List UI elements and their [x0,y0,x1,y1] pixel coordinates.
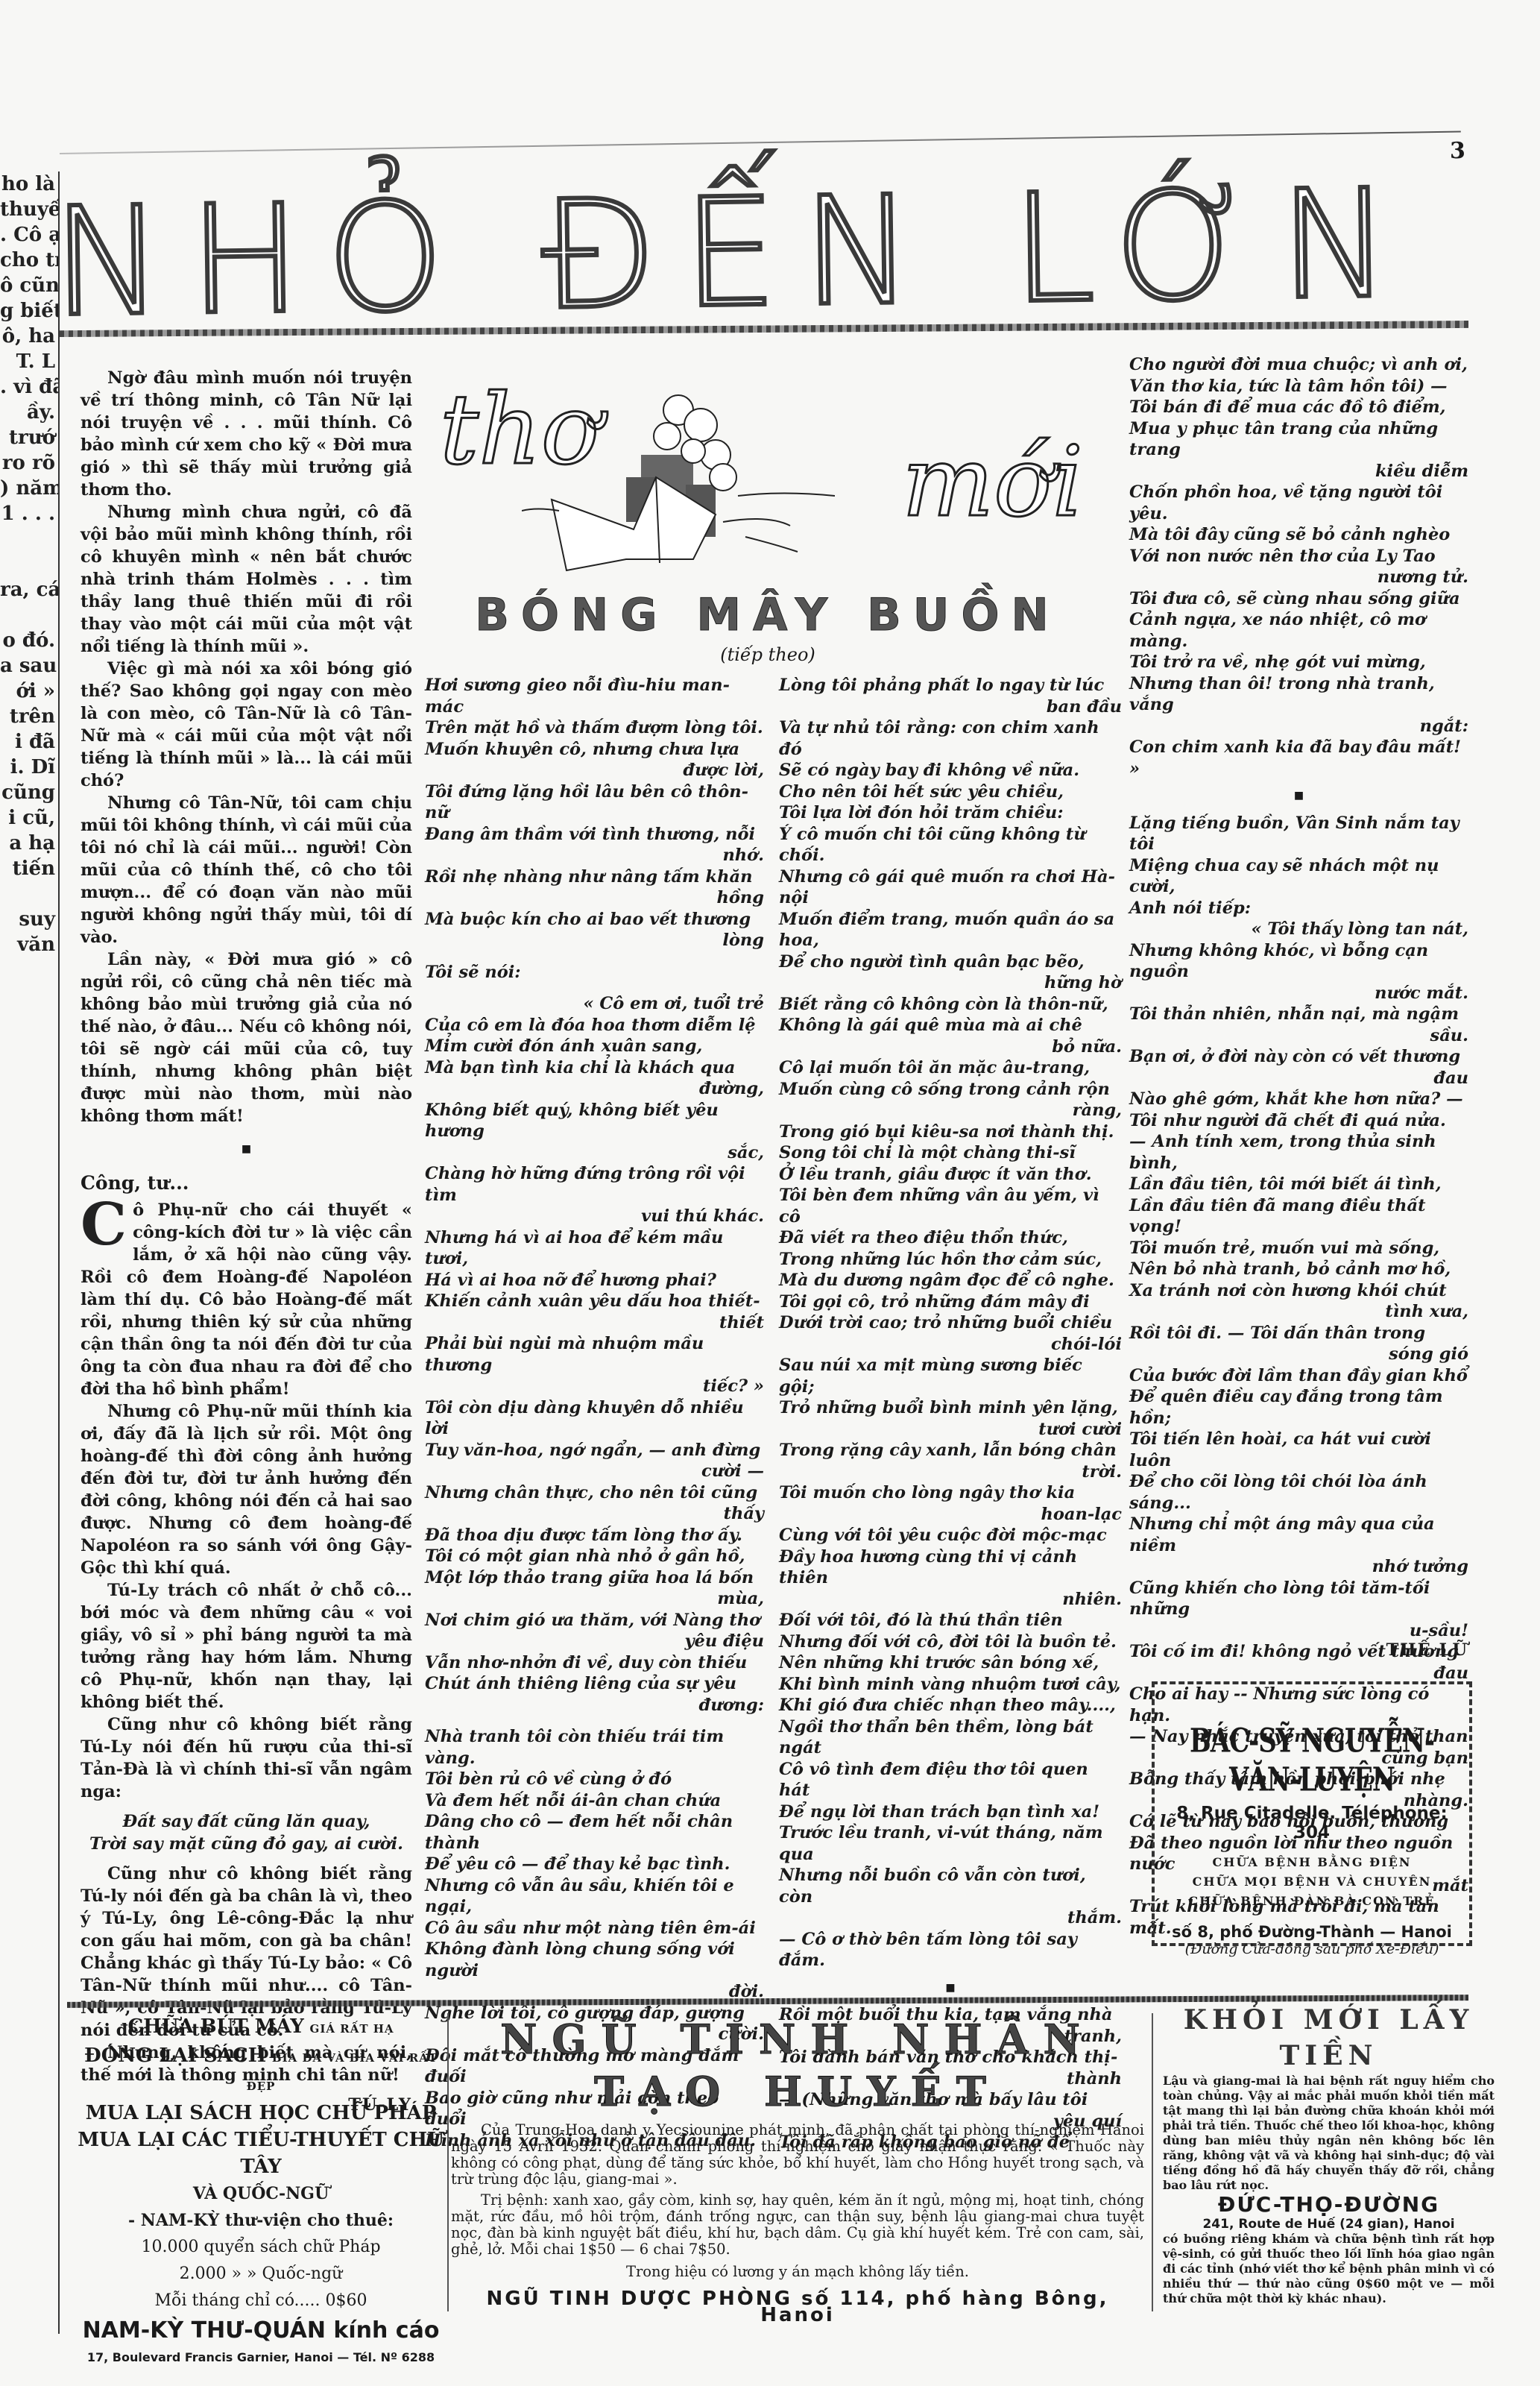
poem-line: Muốn điểm trang, muốn quần áo sa hoa, [779,909,1122,951]
poem-line: Sẽ có ngày bay đi không về nữa. [779,760,1122,781]
poem-line: Mà buộc kín cho ai bao vết thương [425,909,764,931]
poem-line: « Tôi thấy lòng tan nát, [1129,919,1468,940]
poem-line: thắm. [779,1907,1122,1929]
poem-line: Tôi tiến lên hoài, ca hát vui cười luôn [1129,1429,1468,1471]
ad-line: 10.000 quyển sách chữ Pháp [75,2234,447,2261]
poem-line: yêu điệu [425,1631,764,1652]
ad-body: Của Trung-Hoa danh y Yecsiounine phát mi… [451,2122,1144,2188]
fragment-text: ầy. [0,400,58,425]
top-rule [60,130,1461,154]
poem-line: Nên những khi trước sân bóng xế, [779,1652,1122,1674]
poem-line: Dưới trời cao; trỏ những buổi chiều [779,1312,1122,1334]
poem-line: Trên mặt hồ và thấm đượm lòng tôi. [425,717,764,739]
fragment-text: cũng [0,780,58,805]
fragment-text: thuyế [0,197,58,222]
poem-line: sắc, [425,1142,764,1164]
poem-line: « Cô em ơi, tuổi trẻ [425,993,764,1015]
poem-line [425,1716,764,1726]
ad-note: Trong hiệu có lương y án mạch không lấy … [451,2264,1144,2280]
script-title-right: mới [902,425,1083,538]
doctor-street: số 8, phố Đường-Thành — Hanoi [1162,1923,1462,1941]
poem-line: Tuy văn-hoa, ngớ ngẩn, — anh đừng [425,1440,764,1461]
doctor-name: BÁC-SỸ NGUYỄN-VĂN-LUYỆN [1162,1722,1462,1799]
ad-shop-name: ĐỨC-THỌ-ĐƯỜNG [1163,2197,1495,2212]
poem-line: đường, [425,1078,764,1100]
poem-column-1: Hơi sương gieo nỗi đìu-hiu man-mácTrên m… [425,675,764,2151]
ad-body: Lậu và giang-mai là hai bệnh rất nguy hi… [1163,2074,1495,2193]
poem-line: đương: [425,1695,764,1716]
ad-divider [1152,2013,1153,2311]
poem-line: Của bước đời lầm than đầy gian khổ [1129,1365,1468,1387]
fragment-text: ô, ha [0,324,58,349]
poem-line: Mà tôi đây cũng sẽ bỏ cảnh nghèo [1129,524,1468,546]
poem-line: Tôi muốn cho lòng ngây thơ kia [779,1482,1122,1504]
poem-line: Cô âu sầu như một nàng tiên êm-ái [425,1918,764,1939]
poem-line: Tôi thản nhiên, nhẫn nại, mà ngậm [1129,1004,1468,1025]
paragraph: Nhưng cô Tân-Nữ, tôi cam chịu mũi tôi kh… [81,792,412,948]
ad-shop-name: NGŨ TINH DƯỢC PHÒNG số 114, phố hàng Bôn… [451,2291,1144,2323]
poem-line: Mà bạn tình kia chỉ là khách qua [425,1057,764,1079]
poem-line: Đang âm thầm với tình thương, nỗi [425,824,764,846]
poem-line: Con chim xanh kia đã bay đâu mất! » [1129,737,1468,779]
poem-line: thiết [425,1312,764,1334]
poem-line: Phải bùi ngùi mà nhuộm mầu thương [425,1333,764,1376]
fragment-text: trướ [0,425,58,450]
poem-line: Chút ánh thiêng liêng của sự yêu [425,1673,764,1695]
poem-line: Dâng cho cô — đem hết nỗi chân thành [425,1811,764,1854]
poem-line: Khi bình minh vàng nhuộm tươi cây, [779,1674,1122,1696]
poem-line: Mỉm cười đón ánh xuân sang, [425,1036,764,1057]
page-number: 3 [1450,138,1465,164]
poem-line: Cô lại muốn tôi ăn mặc âu-trang, [779,1057,1122,1079]
poem-line: Nhưng cô vẫn âu sầu, khiến tôi e ngại, [425,1875,764,1918]
doctor-services: CHỮA BỆNH BẰNG ĐIỆN CHỮA MỌI BỆNH VÀ CHU… [1162,1853,1462,1911]
dropcap: C [81,1202,127,1248]
ngutinh-medicine-advertisement: NGŨ TINH NHÂN TẠO HUYẾT Của Trung-Hoa da… [451,2013,1144,2323]
ad-line: CHỮA BÚT MÁY [127,2015,303,2038]
poem-line: nhớ tưởng [1129,1556,1468,1578]
fragment-text: ô cũng [0,273,58,298]
masthead-title: NHỎ ĐẾN LỚN [51,180,1469,327]
ad-line: VÀ QUỐC-NGỮ [75,2180,447,2207]
poem-line: bỏ nữa. [779,1036,1122,1058]
paragraph: ô Phụ-nữ cho cái thuyết « công-kích đời … [81,1200,412,1399]
ad-line: GIÁ RẤT HẠ [310,2022,394,2036]
poem-line: Tôi đứng lặng hồi lâu bên cô thôn-nữ [425,781,764,824]
ad-title: NGŨ TINH NHÂN TẠO HUYẾT [451,2013,1144,2118]
poem-line: Tôi còn dịu dàng khuyên dỗ nhiều lời [425,1397,764,1440]
fragment-text: a hạ [0,831,58,856]
ad-line: MUA LẠI CÁC TIỂU-THUYẾT CHỮ TÂY [75,2127,447,2180]
fragment-text [0,881,58,907]
poem-line: Một lớp thảo trang giữa hoa lá bốn [425,1567,764,1589]
adjacent-page-fragment: ho làthuyế. Cô ạcho trô cũngg biếtô, haT… [0,171,60,2334]
ad-address: 17, Boulevard Francis Garnier, Hanoi — T… [75,2344,447,2371]
poem-line: Nhưng chỉ một áng mây qua của niềm [1129,1514,1468,1556]
fragment-text: ho là [0,171,58,197]
fragment-text: ro rõ [0,450,58,476]
poem-line: hoan-lạc [779,1504,1122,1526]
ducthoduong-advertisement: KHỎI MỚI LẤY TIỀN Lậu và giang-mai là ha… [1163,2002,1495,2306]
poem-line: Nhưng chân thực, cho nên tôi cũng [425,1482,764,1504]
poem-line: Tôi đưa cô, sẽ cùng nhau sống giữa [1129,588,1468,610]
poem-line: Tôi bán đi để mua các đồ tô điểm, [1129,397,1468,418]
fragment-text: i. Dĩ [0,755,58,780]
poem-line: Chàng hờ hững đứng trông rồi vội tìm [425,1163,764,1206]
poem-line: nước mắt. [1129,983,1468,1004]
poem-line: Nhưng đối với cô, đời tôi là buồn tẻ. [779,1631,1122,1653]
poem-line: Muốn khuyên cô, nhưng chưa lựa [425,739,764,761]
poem-line: nhiên. [779,1589,1122,1611]
poem-line: Nhưng cô gái quê muốn ra chơi Hà-nội [779,866,1122,909]
poem-line: Để quên điều cay đắng trong tâm hồn; [1129,1386,1468,1429]
poem-line: Ở lều tranh, giầu được ít văn thơ. [779,1164,1122,1186]
book-flowers-illustration-icon [522,373,835,582]
verse-quote: Đất say đất cũng lăn quay, Trời say mặt … [81,1810,412,1855]
poem-line: Biết rằng cô không còn là thôn-nữ, [779,994,1122,1016]
poem-line: Há vì ai hoa nỡ để hương phai? [425,1270,764,1291]
poem-line: Đối với tôi, đó là thú thần tiên [779,1610,1122,1631]
paragraph: Cũng như cô không biết rằng Tú-Ly nói đế… [81,1713,412,1803]
poem-line: Cảnh ngựa, xe náo nhiệt, cô mơ màng. [1129,609,1468,652]
poem-line: Đầy hoa hương cùng thi vị cảnh thiên [779,1546,1122,1589]
poem-line: Để cho cõi lòng tôi chói lòa ánh sáng... [1129,1471,1468,1514]
poem-line: Trong rặng cây xanh, lẫn bóng chân [779,1440,1122,1461]
service-item: CHỮA BỆNH ĐÀN BÀ CON TRẺ [1162,1892,1462,1911]
poem-line: Văn thơ kia, tức là tâm hồn tôi) — [1129,376,1468,397]
poem-line: Cho nên tôi hết sức yêu chiều, [779,781,1122,803]
poet-name: THẾ LỮ [1129,1640,1468,1661]
poem-line: Tôi trở ra về, nhẹ gót vui mừng, [1129,652,1468,673]
poem-line [425,951,764,962]
poem-line: Tôi có một gian nhà nhỏ ở gần hồ, [425,1546,764,1567]
poem-line: Muốn cùng cô sống trong cảnh rộn [779,1079,1122,1101]
poem-line: Song tôi chỉ là một chàng thi-sĩ [779,1142,1122,1164]
poem-line: Để yêu cô — để thay kẻ bạc tình. [425,1854,764,1875]
fragment-text: ra, cá [0,577,58,602]
poem-line: Trong những lúc hồn thơ cảm súc, [779,1249,1122,1271]
paragraph: Tú-Ly trách cô nhất ở chỗ cô... bới móc … [81,1579,412,1713]
poem-line: Trỏ những buổi bình minh yên lặng, [779,1397,1122,1419]
poem-line: hồng [425,887,764,909]
ad-line: BÌA DA VÀ BÌA VẢI RẤT ĐẸP [247,2051,438,2093]
poem-line: nhớ. [425,845,764,866]
poem-line: được lời, [425,760,764,781]
fragment-text: i cũ, [0,805,58,831]
poem-line: tươi cười [779,1419,1122,1441]
poem-line: Khiến cảnh xuân yêu dấu hoa thiết- [425,1291,764,1312]
section-separator-icon: ■ [779,1977,1122,1999]
poem-line: Rồi tôi đi. — Tôi dấn thân trong [1129,1323,1468,1344]
poem-line: Tôi bèn đem những vần âu yếm, vì cô [779,1185,1122,1227]
section-separator-icon: ■ [1129,785,1468,807]
ad-body: có buồng riêng khám và chữa bệnh tình rấ… [1163,2232,1495,2306]
fragment-text: g biết [0,298,58,324]
poem-line: kiều diễm [1129,461,1468,482]
fragment-text: ) năm [0,476,58,501]
poem-line: lòng [425,930,764,951]
poem-line: Để ngụ lời than trách bạn tình xa! [779,1801,1122,1823]
poem-line: đau [1129,1068,1468,1089]
poem-line: Để cho người tình quân bạc bẽo, [779,951,1122,973]
ad-price: Mỗi tháng chỉ có..... 0$60 [75,2288,447,2314]
ad-line: MUA LẠI SÁCH HỌC CHỮ PHÁP [75,2100,447,2127]
poem-line: Trước lều tranh, vi-vút tháng, năm qua [779,1822,1122,1865]
ad-address: 241, Route de Huế (24 gian), Hanoi [1163,2217,1495,2232]
poem-line: vui thú khác. [425,1206,764,1227]
poem-line: Sau núi xa mịt mùng sương biếc gội; [779,1355,1122,1397]
poem-line: Hơi sương gieo nỗi đìu-hiu man-mác [425,675,764,717]
ad-line: 2.000 » » Quốc-ngữ [75,2261,447,2288]
fragment-text: 1 . . . [0,501,58,526]
ad-line: - NAM-KỲ thư-viện cho thuê: [75,2207,447,2234]
poem-line: Tôi như người đã chết đi quá nửa. [1129,1110,1468,1132]
fragment-text [0,552,58,577]
poem-subtitle: (tiếp theo) [425,644,1111,665]
paragraph: Nhưng mình chưa ngửi, cô đã vội bảo mũi … [81,501,412,658]
ad-divider [447,2013,449,2311]
fragment-text: tiến [0,856,58,881]
poem-line: Cũng khiến cho lòng tôi tăm-tối những [1129,1578,1468,1620]
poem-line: ngắt: [1129,716,1468,737]
fragment-text: T. L [0,349,58,374]
doctor-street-note: (Đường Cửa-đông sau phố Xe-Điếu) [1162,1941,1462,1957]
poem-line: Nhưng há vì ai hoa để kém mầu tươi, [425,1227,764,1270]
poem-line: Khi gió đưa chiếc nhạn theo mây...., [779,1695,1122,1716]
poem-line: Cô vô tình đem điệu thơ tôi quen hát [779,1759,1122,1801]
namky-bookstore-advertisement: CHỮA BÚT MÁY GIÁ RẤT HẠ ĐÓNG LẠI SÁCH BÌ… [75,2013,447,2371]
poem-line: Chốn phồn hoa, về tặng người tôi yêu. [1129,482,1468,524]
poem-line: Lòng tôi phảng phất lo ngay từ lúc [779,675,1122,696]
ad-title: KHỎI MỚI LẤY TIỀN [1163,2002,1495,2074]
poem-line: Đã thoa dịu được tấm lòng thơ ấy. [425,1525,764,1546]
poem-line: Nhưng than ôi! trong nhà tranh, vắng [1129,673,1468,716]
poem-line: Tôi bèn rủ cô về cùng ở đó [425,1769,764,1790]
poem-line: sóng gió [1129,1344,1468,1365]
poem-column-2: Lòng tôi phảng phất lo ngay từ lúcban đầ… [779,675,1122,2153]
poem-line: tình xưa, [1129,1301,1468,1323]
fragment-text [0,602,58,628]
poem-line: Ngồi thơ thẩn bên thềm, lòng bát ngát [779,1716,1122,1759]
poem-line: chói-lói [779,1334,1122,1356]
ad-line: ĐÓNG LẠI SÁCH [84,2045,266,2067]
poem-line: ban đầu [779,696,1122,718]
poetry-section-header: thơ mới BÓNG MÂY BUỒN (tiếp theo) [425,365,1111,664]
doctor-advertisement: BÁC-SỸ NGUYỄN-VĂN-LUYỆN 8, Rue Citadelle… [1152,1681,1472,1946]
poem-line: Lặng tiếng buồn, Vân Sinh nắm tay tôi [1129,813,1468,855]
poem-title: BÓNG MÂY BUỒN [425,589,1111,641]
paragraph: Lần này, « Đời mưa gió » cô ngửi rồi, cô… [81,948,412,1127]
poem-line: tiếc? » [425,1376,764,1397]
fragment-text: ới » [0,679,58,704]
fragment-text: trên [0,704,58,729]
poem-line: Với non nước nên thơ của Ly Tao [1129,546,1468,567]
fragment-text: o đó. [0,628,58,653]
fragment-text: i đã [0,729,58,755]
poem-line: Trong gió bụi kiêu-sa nơi thành thị. [779,1121,1122,1143]
poem-line: Nhưng không khóc, vì bỗng cạn nguồn [1129,940,1468,983]
ad-body: Trị bệnh: xanh xao, gầy còm, kinh sợ, ha… [451,2192,1144,2258]
poem-line: Mua y phục tân trang của những trang [1129,418,1468,461]
service-item: CHỮA MỌI BỆNH VÀ CHUYÊN [1162,1872,1462,1892]
poem-line: Ý cô muốn chi tôi cũng không từ chối. [779,824,1122,866]
poem-line [425,983,764,993]
verse-line: Đất say đất cũng lăn quay, [81,1810,412,1833]
poem-line: Vẫn nhơ-nhởn đi về, duy còn thiếu [425,1652,764,1674]
poem-line: Miệng chua cay sẽ nhách một nụ cười, [1129,855,1468,898]
poem-line: Đã viết ra theo điệu thổn thức, [779,1227,1122,1249]
poem-line: Cho người đời mua chuộc; vì anh ơi, [1129,354,1468,376]
poem-line: mùa, [425,1588,764,1610]
poem-line: Anh nói tiếp: [1129,898,1468,919]
fragment-text: cho tr [0,248,58,273]
fragment-text: văn [0,932,58,957]
fragment-text [0,526,58,552]
section-subhead: Công, tư... [81,1172,412,1194]
poem-line: Xa tránh nơi còn hương khói chút [1129,1280,1468,1302]
poem-line: Rồi nhẹ nhàng như nâng tấm khăn [425,866,764,888]
poem-line: Và đem hết nỗi ái-ân chan chứa [425,1790,764,1812]
poem-line: Nhà tranh tôi còn thiếu trái tim vàng. [425,1726,764,1769]
poem-line: Tôi muốn trẻ, muốn vui mà sống, [1129,1238,1468,1259]
poem-line: trời. [779,1461,1122,1483]
poem-line: — Cô ơ thờ bên tấm lòng tôi say đắm. [779,1929,1122,1971]
fragment-text: . Cô ạ [0,222,58,248]
poem-line: Tôi sẽ nói: [425,962,764,983]
verse-line: Trời say mặt cũng đỏ gay, ai cười. [81,1833,412,1855]
poem-line: Nhưng nỗi buồn cô vẫn còn tươi, còn [779,1865,1122,1907]
editorial-column: Ngờ đâu mình muốn nói truyện về trí thôn… [81,367,412,2116]
poem-line: Nào ghê gớm, khắt khe hơn nữa? — [1129,1089,1468,1110]
poem-line: Lần đầu tiên, tôi mới biết ái tình, [1129,1174,1468,1195]
poem-line: Cùng với tôi yêu cuộc đời mộc-mạc [779,1525,1122,1546]
ad-shop-name: NAM-KỲ THƯ-QUÁN kính cáo [75,2317,447,2344]
poem-line: đau [1129,1663,1468,1684]
poem-line: Tôi gọi cô, trỏ những đám mây đi [779,1291,1122,1313]
poem-line: nương tử. [1129,567,1468,588]
service-item: CHỮA BỆNH BẰNG ĐIỆN [1162,1853,1462,1872]
poem-line: sầu. [1129,1025,1468,1047]
paragraph: Việc gì mà nói xa xôi bóng gió thế? Sao … [81,658,412,792]
fragment-text: . vì đã [0,374,58,400]
poem-line: Tôi lựa lời đón hỏi trăm chiều: [779,802,1122,824]
poem-line: Của cô em là đóa hoa thơm diễm lệ [425,1015,764,1036]
poem-line: Nên bỏ nhà tranh, bỏ cảnh mơ hồ, [1129,1259,1468,1280]
poem-line: ràng, [779,1100,1122,1121]
poem-line: Bạn ơi, ở đời này còn có vết thương [1129,1046,1468,1068]
section-separator-icon: ■ [81,1138,412,1160]
poem-line: hững hờ [779,972,1122,994]
poem-line: Không đành lòng chung sống với người [425,1939,764,1981]
poem-line: — Anh tính xem, trong thủa sinh bình, [1129,1131,1468,1174]
poem-line: Mà du dương ngâm đọc để cô nghe. [779,1270,1122,1291]
paragraph: Ngờ đâu mình muốn nói truyện về trí thôn… [81,367,412,501]
poem-line: thấy [425,1503,764,1525]
fragment-text: suy [0,907,58,932]
poem-line: cười — [425,1461,764,1482]
poem-signature: THẾ LỮ [1129,1637,1468,1661]
paragraph: Nhưng cô Phụ-nữ mũi thính kia ơi, đấy đã… [81,1400,412,1579]
poem-line: Lần đầu tiên đã mang điều thất vọng! [1129,1195,1468,1238]
poem-line: Và tự nhủ tôi rằng: con chim xanh đó [779,717,1122,760]
poem-line: Không biết quý, không biết yêu hương [425,1100,764,1142]
poem-line: Không là gái quê mùa mà ai chê [779,1015,1122,1036]
doctor-address: 8, Rue Citadelle. Téléphone: 304 [1162,1804,1462,1842]
fragment-text: a sau [0,653,58,679]
poem-line: Nơi chim gió ưa thăm, với Nàng thơ [425,1610,764,1631]
